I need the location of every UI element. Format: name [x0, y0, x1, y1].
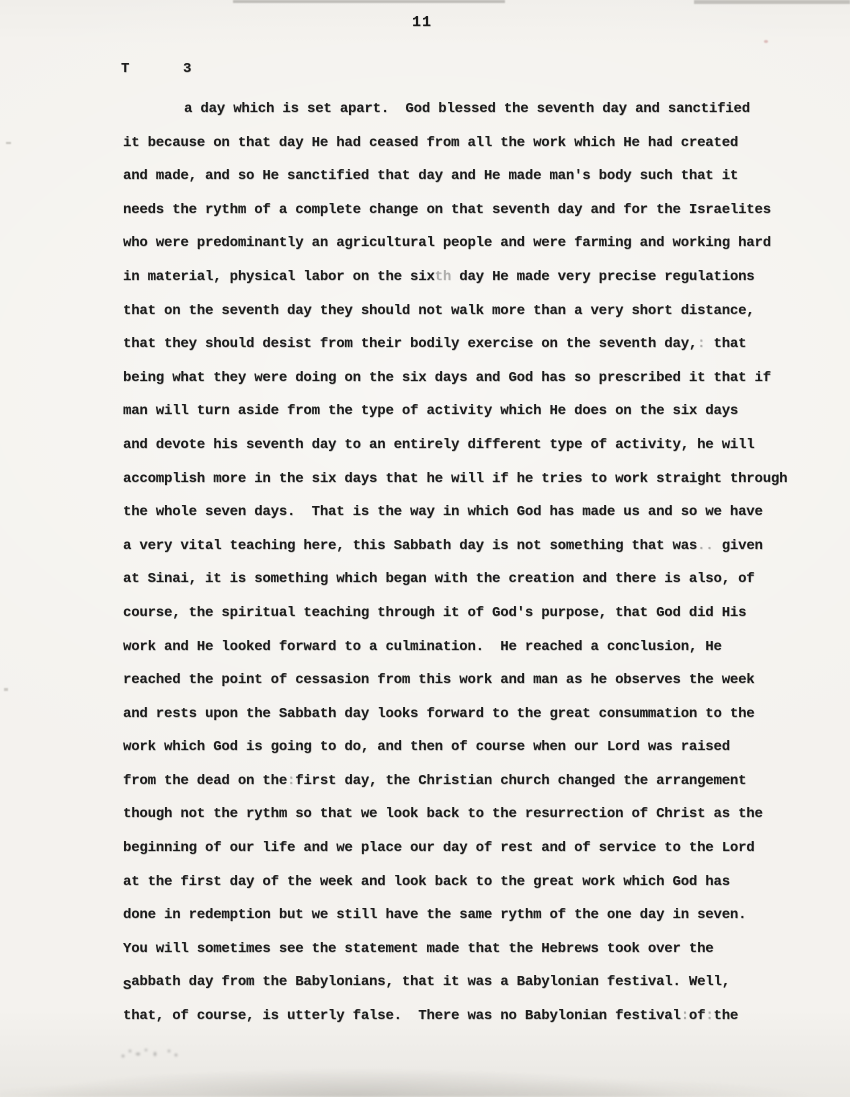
text-line: it because on that day He had ceased fro…: [123, 127, 823, 161]
text-line: at the first day of the week and look ba…: [123, 866, 823, 900]
faint-mark: :: [697, 336, 705, 352]
text-line: that on the seventh day they should not …: [123, 295, 823, 329]
text-line: reached the point of cessasion from this…: [123, 664, 823, 698]
text-line: beginning of our life and we place our d…: [123, 832, 823, 866]
illegible-smudge: [119, 1045, 185, 1061]
scanned-page: 11 T 3 a day which is set apart. God ble…: [0, 0, 850, 1097]
text-line: and made, and so He sanctified that day …: [123, 160, 823, 194]
text-line: though not the rythm so that we look bac…: [123, 798, 823, 832]
text-line: the whole seven days. That is the way in…: [123, 496, 823, 530]
page-number: 11: [0, 14, 844, 31]
scan-edge-artifact: [233, 0, 505, 3]
dropped-glyph: S: [123, 978, 131, 994]
faint-mark: :: [705, 1008, 713, 1024]
text-line: from the dead on the:first day, the Chri…: [123, 765, 823, 799]
text-line: that, of course, is utterly false. There…: [123, 1000, 823, 1034]
text-line: man will turn aside from the type of act…: [123, 395, 823, 429]
text-line: a very vital teaching here, this Sabbath…: [123, 530, 823, 564]
text-line: that they should desist from their bodil…: [123, 328, 823, 362]
header-mark-right: 3: [183, 61, 191, 77]
text-line: Sabbath day from the Babylonians, that i…: [123, 966, 823, 1000]
faint-mark: :: [287, 773, 295, 789]
text-line: done in redemption but we still have the…: [123, 899, 823, 933]
text-line: accomplish more in the six days that he …: [123, 463, 823, 497]
scan-speck: [4, 688, 8, 691]
scan-bottom-smudge: [0, 1063, 850, 1097]
text-line: in material, physical labor on the sixth…: [123, 261, 823, 295]
text-line: work and He looked forward to a culminat…: [123, 631, 823, 665]
text-line: a day which is set apart. God blessed th…: [123, 93, 823, 127]
text-line: work which God is going to do, and then …: [123, 731, 823, 765]
faint-mark: ..: [697, 538, 713, 554]
scan-edge-artifact: [694, 0, 850, 4]
header-mark-left: T: [121, 61, 129, 77]
faint-mark: th: [435, 269, 451, 285]
text-line: You will sometimes see the statement mad…: [123, 933, 823, 967]
scan-speck: [764, 40, 768, 43]
text-line: needs the rythm of a complete change on …: [123, 194, 823, 228]
text-line: and devote his seventh day to an entirel…: [123, 429, 823, 463]
text-line: at Sinai, it is something which began wi…: [123, 563, 823, 597]
text-line: being what they were doing on the six da…: [123, 362, 823, 396]
faint-mark: :: [681, 1008, 689, 1024]
scan-speck: [6, 142, 11, 144]
text-line: and rests upon the Sabbath day looks for…: [123, 698, 823, 732]
text-line: course, the spiritual teaching through i…: [123, 597, 823, 631]
typewritten-paragraph: a day which is set apart. God blessed th…: [123, 93, 823, 1034]
text-line: who were predominantly an agricultural p…: [123, 227, 823, 261]
